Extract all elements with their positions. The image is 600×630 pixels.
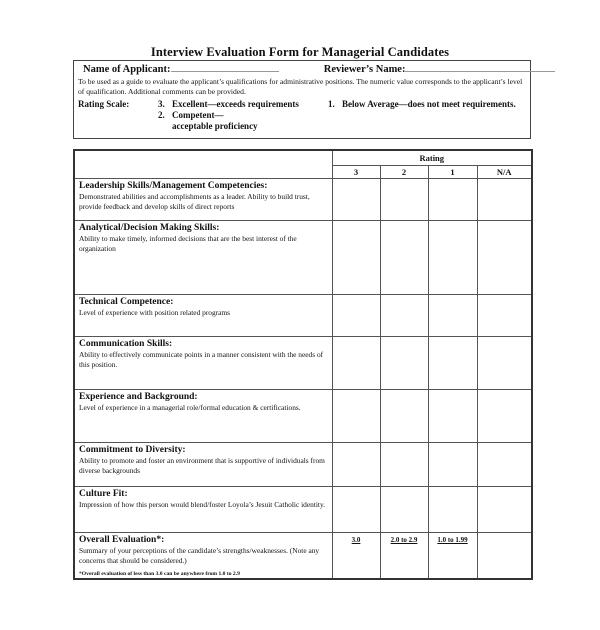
criterion-cell: Experience and Background:Level of exper… xyxy=(74,389,332,442)
scale-item-2: 2.Competent—acceptable proficiency xyxy=(158,110,328,132)
overall-evaluation-row: Overall Evaluation*: Summary of your per… xyxy=(74,532,532,579)
criterion-row: Analytical/Decision Making Skills:Abilit… xyxy=(74,220,532,294)
criterion-heading: Technical Competence: xyxy=(79,297,329,308)
rating-cell-2[interactable] xyxy=(380,486,428,532)
overall-range-1[interactable]: 1.0 to 1.99 xyxy=(428,532,477,579)
form-title: Interview Evaluation Form for Managerial… xyxy=(0,45,600,60)
criterion-description: Ability to effectively communicate point… xyxy=(79,350,329,370)
criterion-cell: Leadership Skills/Management Competencie… xyxy=(74,178,332,220)
overall-range-3[interactable]: 3.0 xyxy=(332,532,380,579)
criterion-row: Experience and Background:Level of exper… xyxy=(74,389,532,442)
applicant-name-field[interactable] xyxy=(171,62,279,72)
rating-cell-na[interactable] xyxy=(477,336,532,389)
rating-cell-na[interactable] xyxy=(477,486,532,532)
criterion-description: Demonstrated abilities and accomplishmen… xyxy=(79,192,329,212)
rating-cell-na[interactable] xyxy=(477,389,532,442)
rating-cell-na[interactable] xyxy=(477,220,532,294)
column-na: N/A xyxy=(477,165,532,178)
rating-cell-1[interactable] xyxy=(428,220,477,294)
rating-cell-na[interactable] xyxy=(477,442,532,486)
criterion-cell: Technical Competence:Level of experience… xyxy=(74,294,332,336)
rating-cell-1[interactable] xyxy=(428,442,477,486)
rating-cell-3[interactable] xyxy=(332,389,380,442)
scale-item-1: 1.Below Average—does not meet requiremen… xyxy=(328,99,528,110)
applicant-name-label: Name of Applicant: xyxy=(83,64,171,75)
criterion-description: Level of experience with position relate… xyxy=(79,308,329,318)
overall-evaluation-criterion: Overall Evaluation*: Summary of your per… xyxy=(74,532,332,579)
rating-cell-2[interactable] xyxy=(380,336,428,389)
criterion-heading: Communication Skills: xyxy=(79,339,329,350)
criterion-description: Ability to make timely, informed decisio… xyxy=(79,234,329,254)
criterion-row: Commitment to Diversity:Ability to promo… xyxy=(74,442,532,486)
rating-cell-3[interactable] xyxy=(332,220,380,294)
criterion-cell: Commitment to Diversity:Ability to promo… xyxy=(74,442,332,486)
rating-cell-2[interactable] xyxy=(380,389,428,442)
criteria-header xyxy=(74,150,332,178)
criterion-cell: Communication Skills:Ability to effectiv… xyxy=(74,336,332,389)
criterion-heading: Experience and Background: xyxy=(79,392,329,403)
criterion-heading: Commitment to Diversity: xyxy=(79,445,329,456)
rating-cell-1[interactable] xyxy=(428,389,477,442)
criterion-row: Leadership Skills/Management Competencie… xyxy=(74,178,532,220)
rating-cell-1[interactable] xyxy=(428,178,477,220)
criterion-cell: Culture Fit:Impression of how this perso… xyxy=(74,486,332,532)
rating-header: Rating xyxy=(332,150,532,165)
scale-item-3: 3.Excellent—exceeds requirements xyxy=(158,99,328,110)
criterion-row: Technical Competence:Level of experience… xyxy=(74,294,532,336)
column-2: 2 xyxy=(380,165,428,178)
criterion-description: Impression of how this person would blen… xyxy=(79,500,329,510)
rating-cell-1[interactable] xyxy=(428,294,477,336)
overall-note: *Overall evaluation of less than 3.0 can… xyxy=(79,570,329,578)
criterion-heading: Analytical/Decision Making Skills: xyxy=(79,223,329,234)
names-line: Name of Applicant: Reviewer’s Name: xyxy=(78,62,526,76)
column-3: 3 xyxy=(332,165,380,178)
overall-range-2[interactable]: 2.0 to 2.9 xyxy=(380,532,428,579)
criterion-cell: Analytical/Decision Making Skills:Abilit… xyxy=(74,220,332,294)
evaluation-table: Rating 3 2 1 N/A Leadership Skills/Manag… xyxy=(73,149,533,580)
rating-cell-na[interactable] xyxy=(477,178,532,220)
overall-range-na[interactable] xyxy=(477,532,532,579)
rating-scale: Rating Scale: 3.Excellent—exceeds requir… xyxy=(78,99,526,132)
rating-cell-na[interactable] xyxy=(477,294,532,336)
rating-cell-1[interactable] xyxy=(428,336,477,389)
criterion-description: Level of experience in a managerial role… xyxy=(79,403,329,413)
rating-cell-3[interactable] xyxy=(332,178,380,220)
criterion-description: Ability to promote and foster an environ… xyxy=(79,456,329,476)
criterion-heading: Leadership Skills/Management Competencie… xyxy=(79,181,329,192)
criterion-heading: Culture Fit: xyxy=(79,489,329,500)
rating-cell-3[interactable] xyxy=(332,336,380,389)
rating-cell-3[interactable] xyxy=(332,442,380,486)
rating-cell-3[interactable] xyxy=(332,486,380,532)
reviewer-name-field[interactable] xyxy=(405,62,555,72)
form-instructions: To be used as a guide to evaluate the ap… xyxy=(78,77,526,97)
rating-cell-3[interactable] xyxy=(332,294,380,336)
rating-cell-2[interactable] xyxy=(380,220,428,294)
applicant-info-box: Name of Applicant: Reviewer’s Name: To b… xyxy=(73,60,531,139)
reviewer-name-label: Reviewer’s Name: xyxy=(324,64,406,75)
criterion-row: Culture Fit:Impression of how this perso… xyxy=(74,486,532,532)
rating-cell-1[interactable] xyxy=(428,486,477,532)
column-1: 1 xyxy=(428,165,477,178)
rating-cell-2[interactable] xyxy=(380,442,428,486)
rating-cell-2[interactable] xyxy=(380,294,428,336)
rating-cell-2[interactable] xyxy=(380,178,428,220)
criterion-row: Communication Skills:Ability to effectiv… xyxy=(74,336,532,389)
rating-scale-label: Rating Scale: xyxy=(78,99,158,132)
